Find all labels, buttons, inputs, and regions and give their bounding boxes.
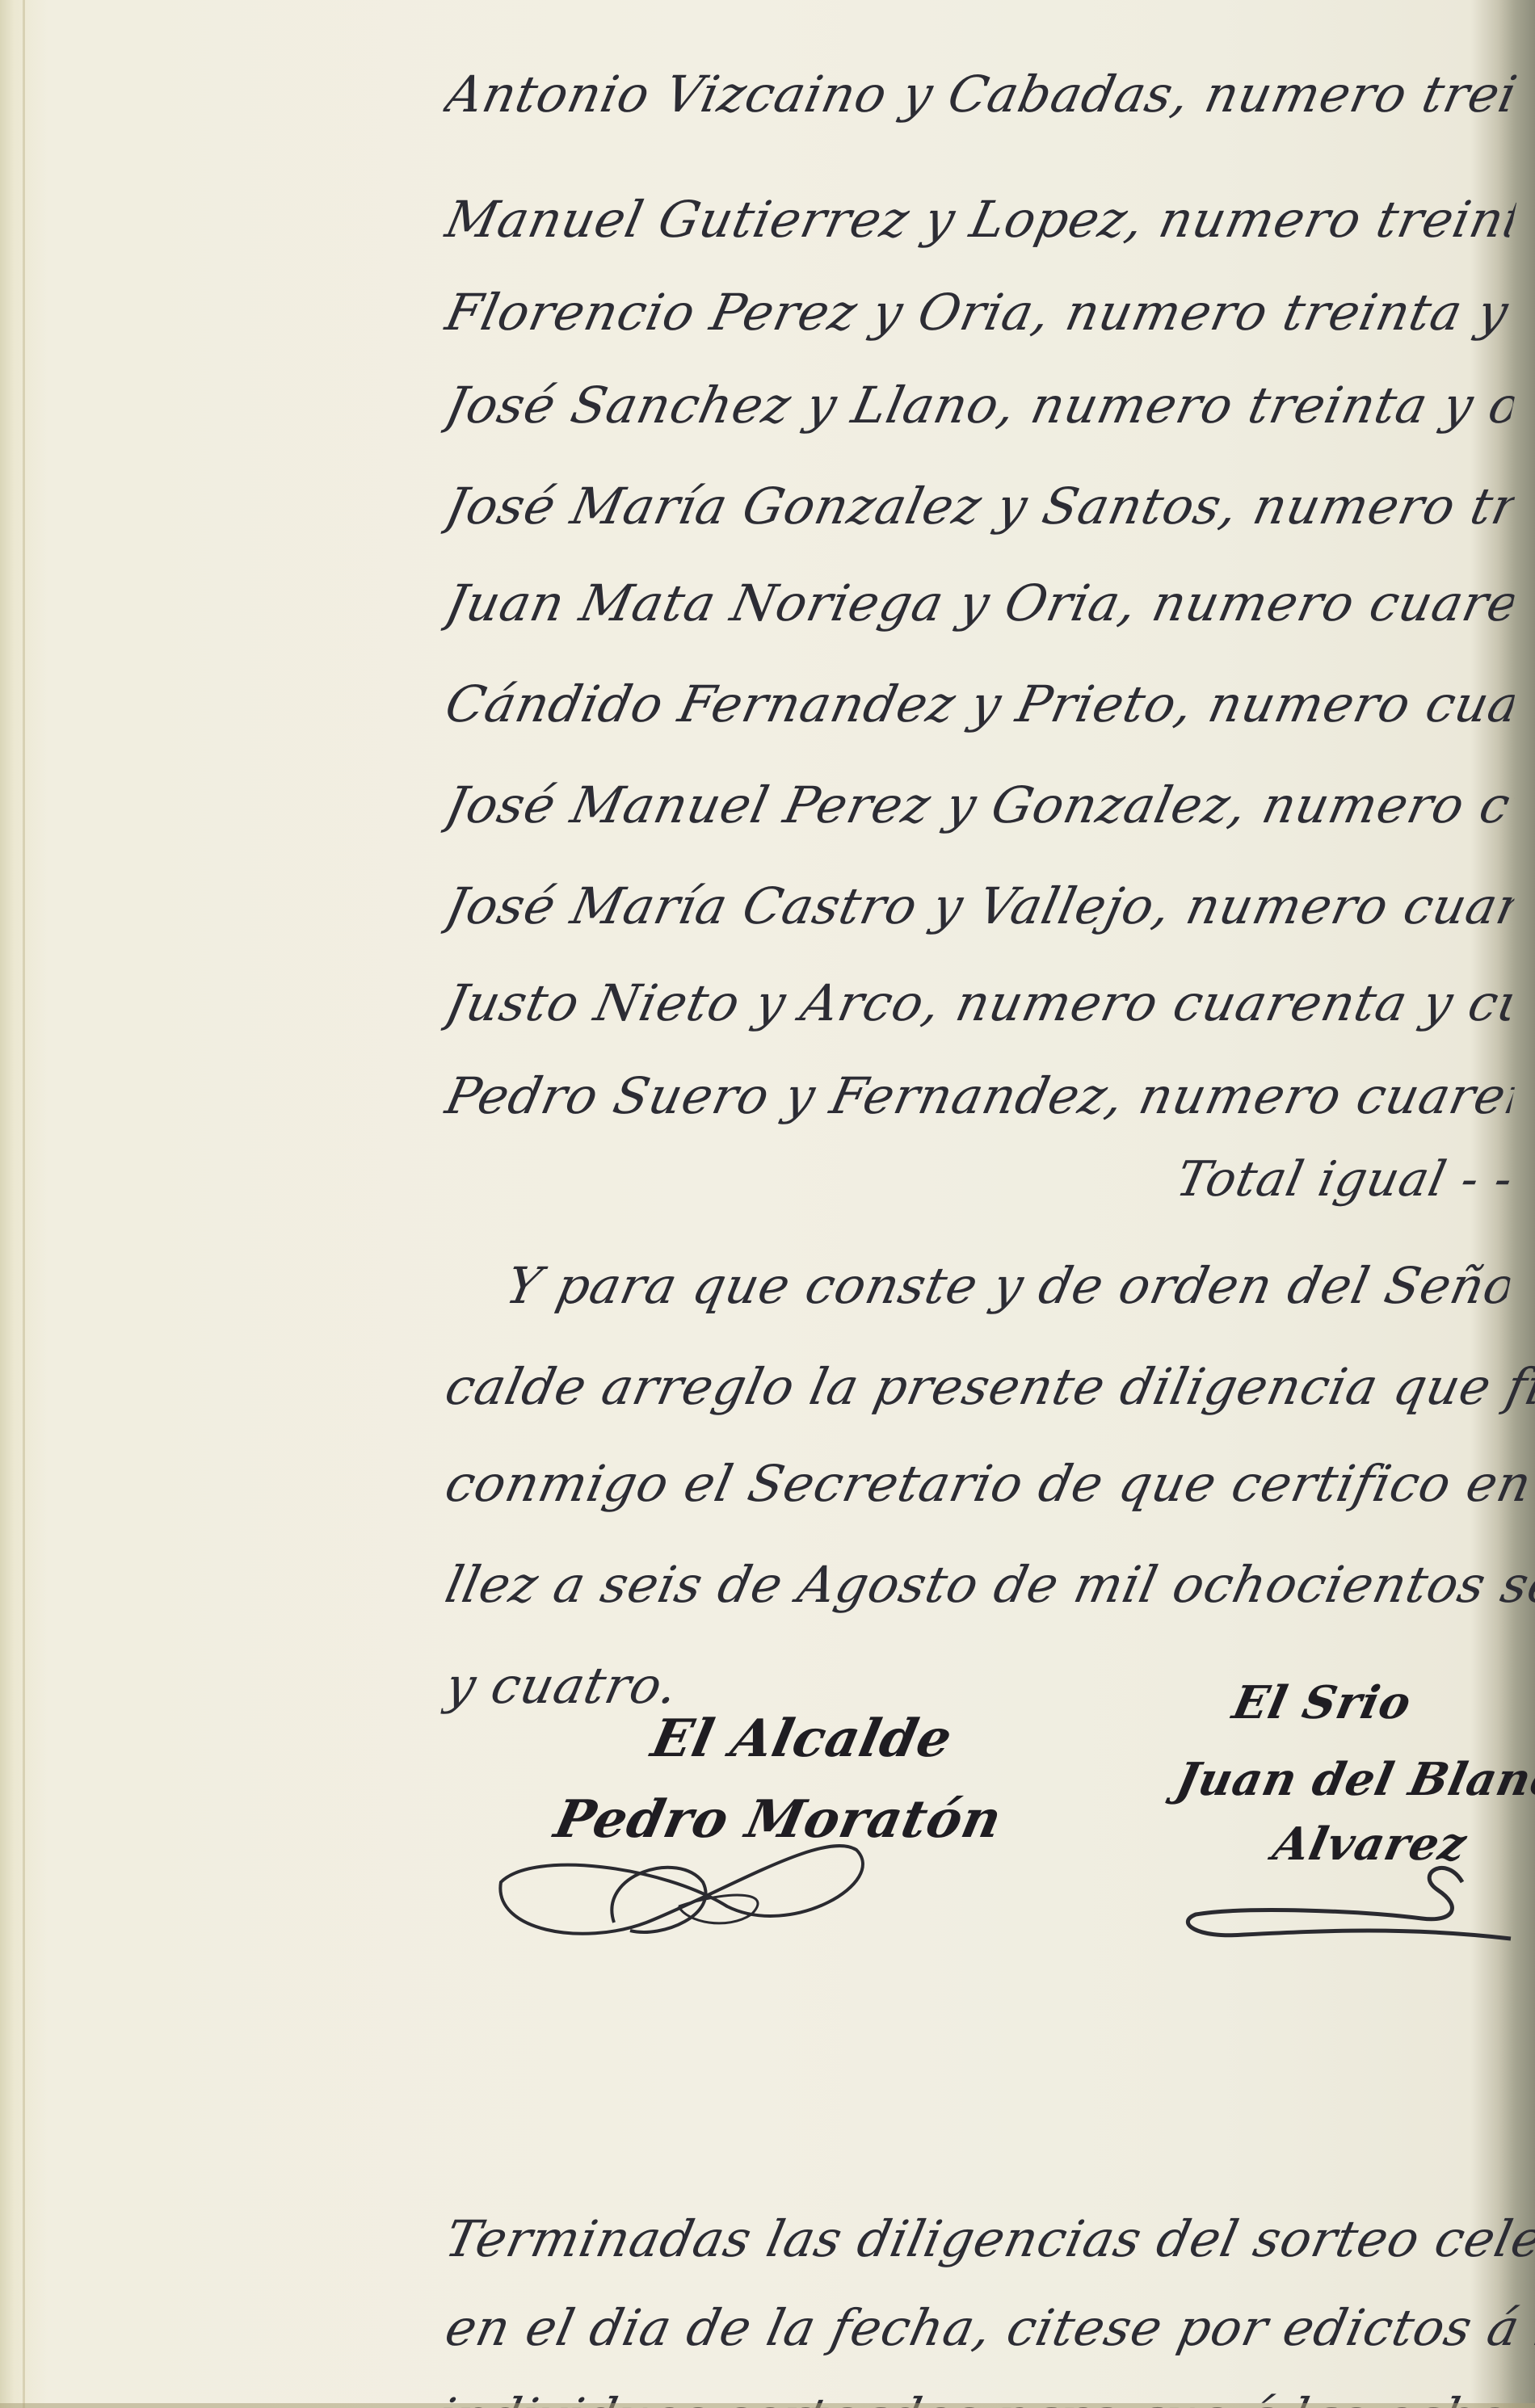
final-paragraph-line: en el dia de la fecha, citese por edicto… — [440, 2298, 1535, 2357]
closing-paragraph-line: y cuatro. — [440, 1656, 776, 1715]
list-entry: José Sanchez y Llano, numero treinta y o… — [440, 376, 1520, 435]
total-line: Total igual - - — [1171, 1151, 1518, 1208]
closing-paragraph-line: llez a seis de Agosto de mil ochocientos… — [440, 1555, 1535, 1614]
closing-paragraph-line: Y para que conste y de orden del Señor — [501, 1256, 1516, 1315]
list-entry: José María Castro y Vallejo, numero cuar… — [440, 876, 1520, 935]
final-paragraph-line: individuos sorteados para que á las ocho… — [440, 2387, 1535, 2408]
list-entry: José Manuel Perez y Gonzalez, numero cua… — [440, 775, 1520, 834]
list-entry: Juan Mata Noriega y Oria, numero cuarent… — [440, 574, 1520, 632]
secretario-signature-name: Juan del Blanco — [1171, 1753, 1535, 1806]
list-entry: José María Gonzalez y Santos, numero tre… — [440, 477, 1520, 536]
manuscript-page: Antonio Vizcaino y Cabadas, numero trein… — [0, 0, 1535, 2408]
list-entry: Florencio Perez y Oria, numero treinta y… — [440, 283, 1520, 342]
secretario-title: El Srio — [1228, 1676, 1416, 1729]
list-entry: Antonio Vizcaino y Cabadas, numero trein… — [440, 65, 1520, 124]
alcalde-rubric-icon — [485, 1834, 905, 1955]
list-entry: Manuel Gutierrez y Lopez, numero treinta… — [440, 190, 1520, 249]
closing-paragraph-line: conmigo el Secretario de que certifico e… — [440, 1454, 1535, 1513]
list-entry: Justo Nieto y Arco, numero cuarenta y cu… — [440, 973, 1520, 1032]
list-entry: Cándido Fernandez y Prieto, numero cuare… — [440, 674, 1520, 733]
list-entry: Pedro Suero y Fernandez, numero cuarenta… — [440, 1066, 1520, 1125]
alcalde-title: El Alcalde — [646, 1708, 958, 1769]
closing-paragraph-line: calde arreglo la presente diligencia que… — [440, 1357, 1535, 1416]
final-paragraph-line: Terminadas las diligencias del sorteo ce… — [440, 2209, 1535, 2268]
secretario-rubric-icon — [1180, 1858, 1519, 1947]
